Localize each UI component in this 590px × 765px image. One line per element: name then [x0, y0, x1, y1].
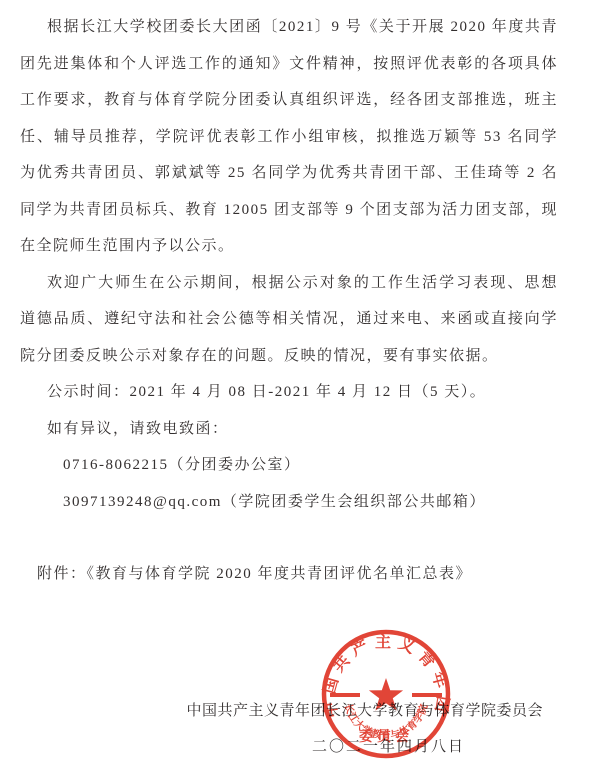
notice-document: 根据长江大学校团委长大团函〔2021〕9 号《关于开展 2020 年度共青团先进… — [0, 0, 590, 765]
attachment-line: 附件：《教育与体育学院 2020 年度共青团评优名单汇总表》 — [20, 556, 558, 593]
signature-organization: 中国共产主义青年团长江大学教育与体育学院委员会 — [20, 693, 558, 730]
paragraph-feedback: 欢迎广大师生在公示期间，根据公示对象的工作生活学习表现、思想道德品质、遵纪守法和… — [20, 265, 558, 375]
paragraph-intro: 根据长江大学校团委长大团函〔2021〕9 号《关于开展 2020 年度共青团先进… — [20, 9, 558, 265]
signature-date: 二〇二一年四月八日 — [20, 729, 558, 765]
publicity-period-line: 公示时间：2021 年 4 月 08 日-2021 年 4 月 12 日（5 天… — [20, 374, 558, 411]
objection-intro-line: 如有异议，请致电致函： — [20, 411, 558, 448]
phone-line: 0716-8062215（分团委办公室） — [20, 447, 558, 484]
email-line: 3097139248@qq.com（学院团委学生会组织部公共邮箱） — [20, 484, 558, 521]
